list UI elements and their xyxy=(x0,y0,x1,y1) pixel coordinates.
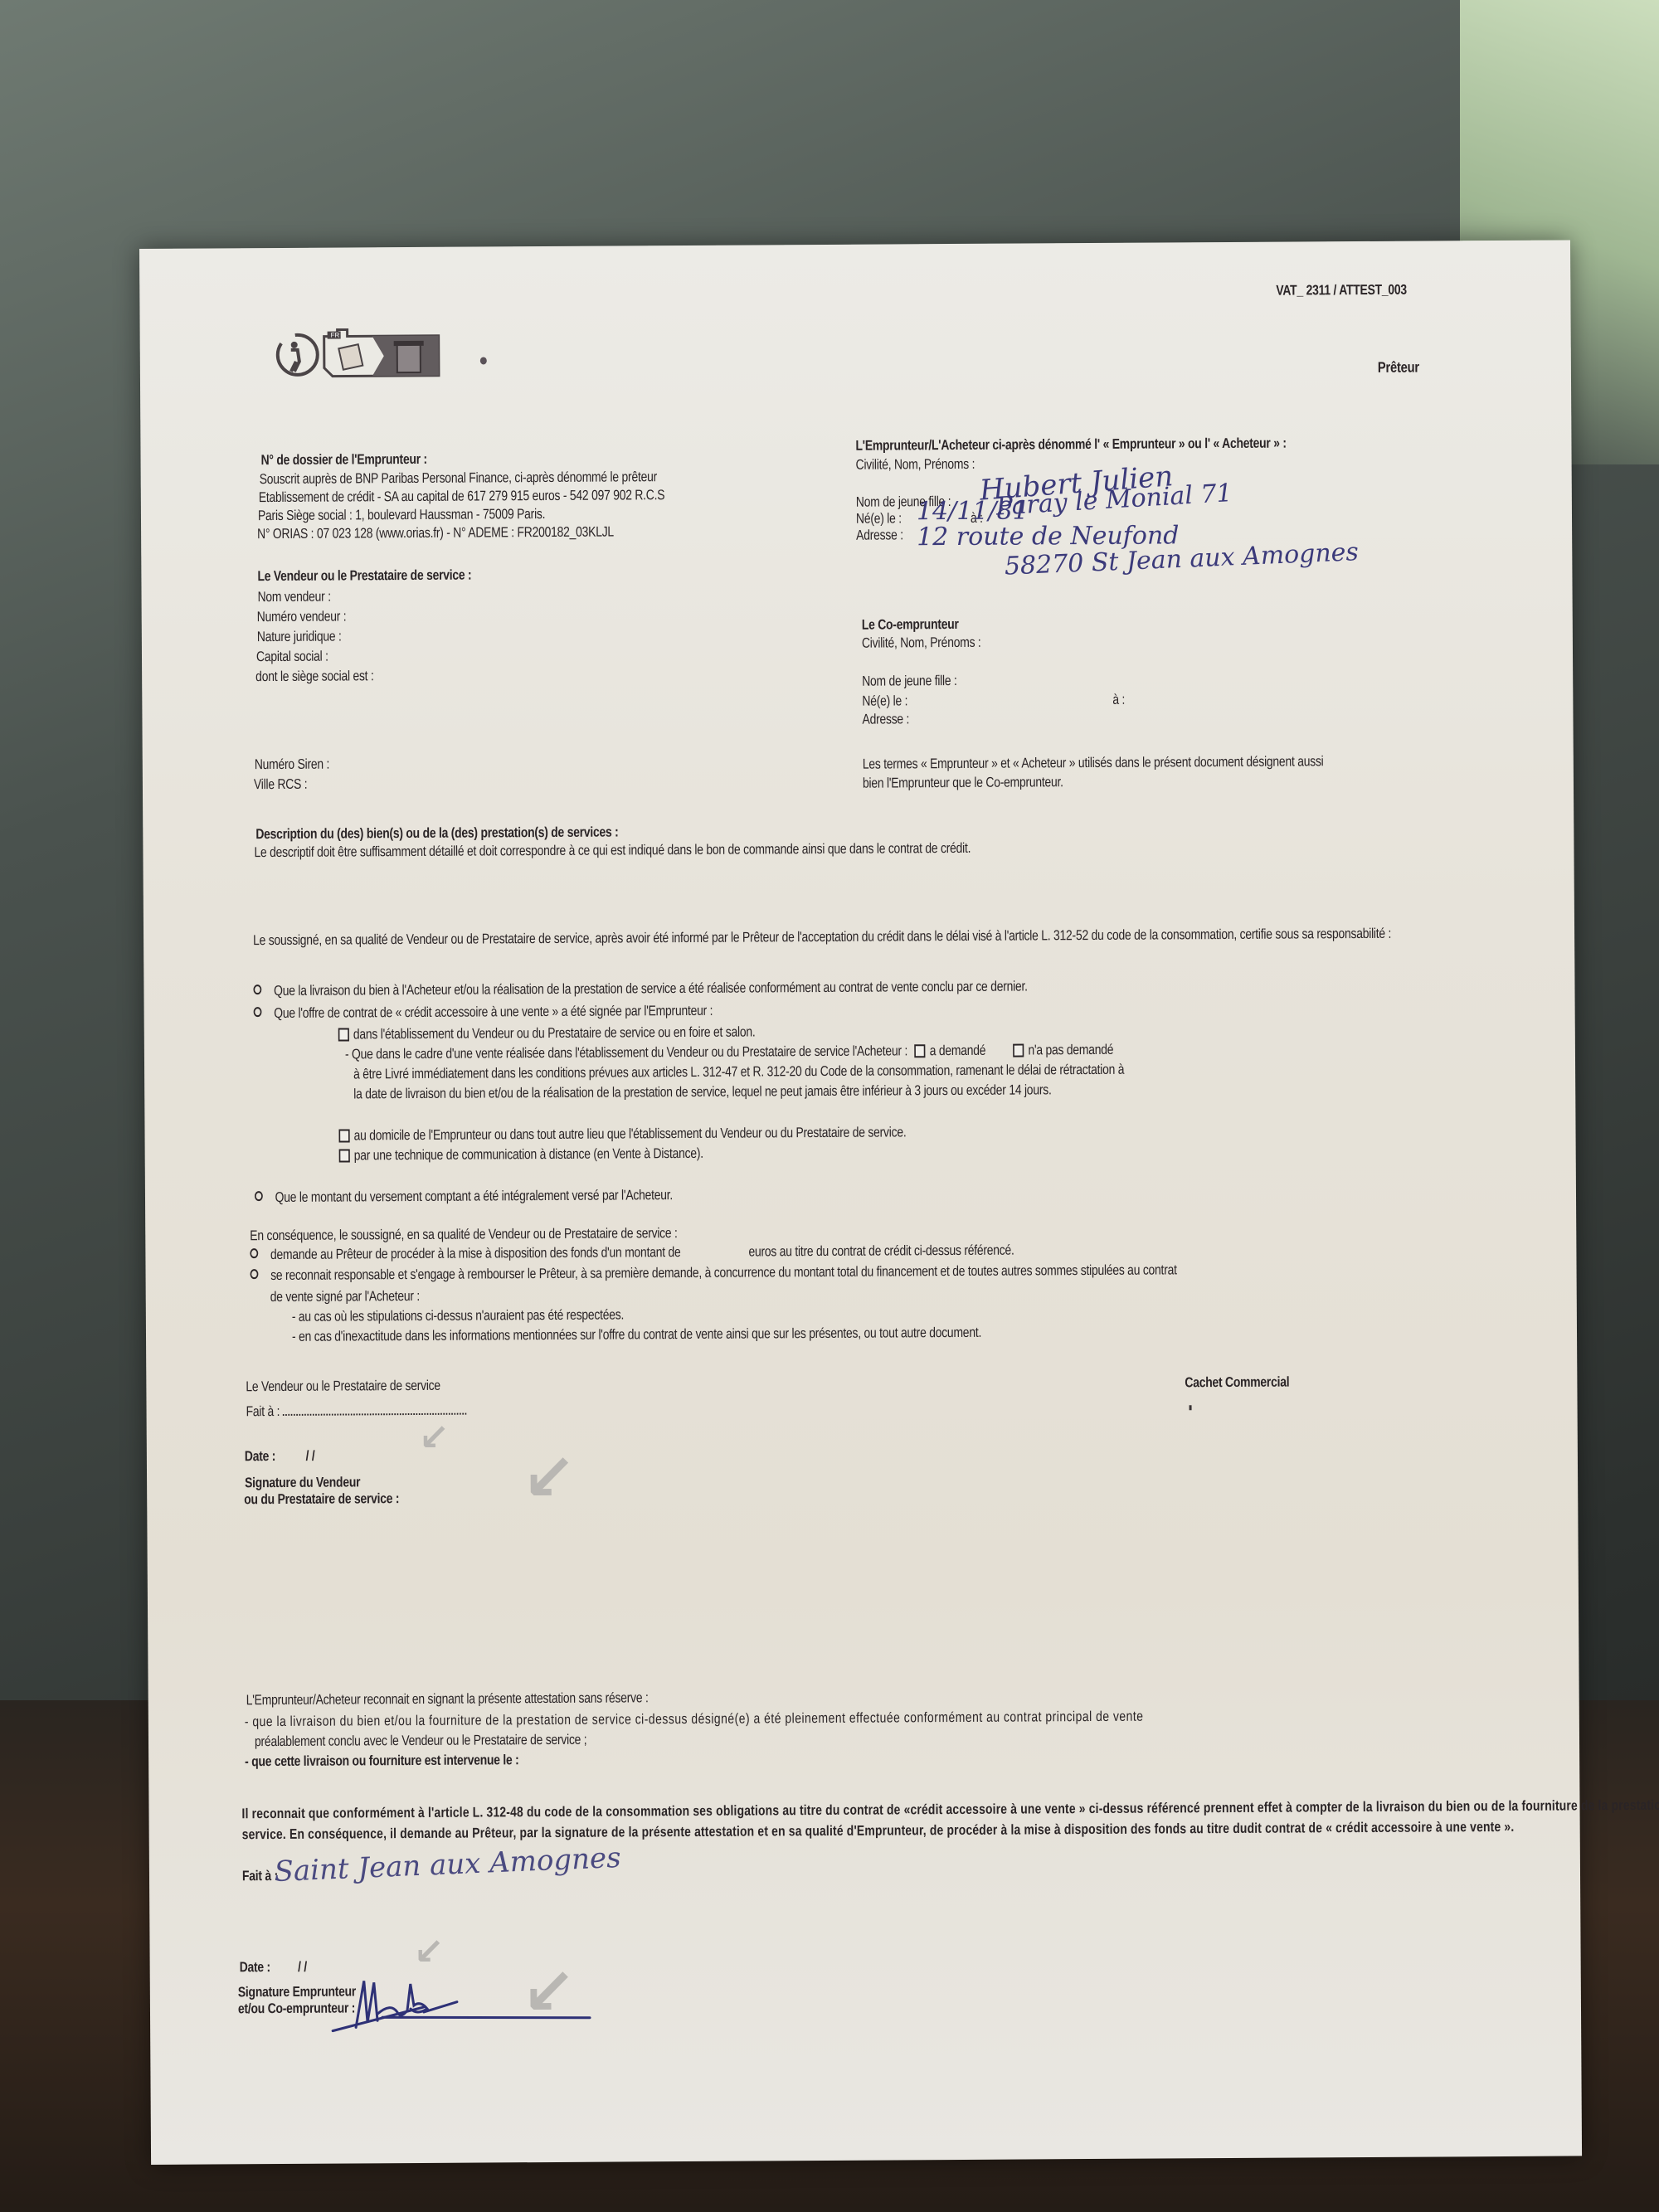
checkbox-establishment[interactable] xyxy=(338,1028,349,1041)
option-asked-label: a demandé xyxy=(930,1043,986,1058)
svg-text:FR: FR xyxy=(331,332,340,339)
responsibility-text-cont: de vente signé par l'Acheteur : xyxy=(270,1287,420,1307)
lender-line: N° ORIAS : 07 023 128 (www.orias.fr) - N… xyxy=(257,523,614,545)
option-not-asked-label: n'a pas demandé xyxy=(1028,1042,1113,1058)
borrower-ack-intro: L'Emprunteur/Acheteur reconnait en signa… xyxy=(246,1689,649,1710)
bullet-icon xyxy=(254,1007,262,1017)
option-home-label: au domicile de l'Emprunteur ou dans tout… xyxy=(354,1124,907,1143)
borrower-date-field[interactable]: / / xyxy=(294,1959,307,1975)
terms-note: Les termes « Emprunteur » et « Acheteur … xyxy=(863,752,1339,793)
certification-payment: Que le montant du versement comptant a é… xyxy=(275,1187,673,1205)
borrower-ack-line1: - que la livraison du bien et/ou la four… xyxy=(245,1708,1144,1733)
ink-mark xyxy=(1190,1405,1192,1410)
sub-clause-line3: la date de livraison du bien et/ou de la… xyxy=(353,1081,1051,1104)
attestation-page: FR VAT_ 2311 / ATTEST_003 Prêteur N° de … xyxy=(139,240,1582,2164)
legal-nature-field: Nature juridique : xyxy=(257,628,342,648)
checkbox-home[interactable] xyxy=(338,1129,349,1142)
borrower-signature xyxy=(324,1971,598,2039)
dossier-number-label: N° de dossier de l'Emprunteur : xyxy=(260,450,426,470)
coborrower-birth-date-label: Né(e) le : xyxy=(862,692,907,711)
arrow-down-left-icon: ↙ xyxy=(522,1441,577,1515)
checkbox-asked[interactable] xyxy=(915,1044,926,1057)
head-office-field: dont le siège social est : xyxy=(255,667,374,687)
arrow-down-left-icon: ↙ xyxy=(413,1931,444,1973)
option-establishment-label: dans l'établissement du Vendeur ou du Pr… xyxy=(353,1023,756,1042)
certification-offer-signed: Que l'offre de contrat de « crédit acces… xyxy=(274,1003,713,1021)
coborrower-maiden-name-label: Nom de jeune fille : xyxy=(862,672,957,692)
option-distance-label: par une technique de communication à dis… xyxy=(354,1145,703,1164)
sub-clause-prefix: - Que dans le cadre d'une vente réalisée… xyxy=(345,1043,907,1062)
ink-dot xyxy=(480,357,487,364)
lender-line: Paris Siège social : 1, boulevard Haussm… xyxy=(258,505,545,526)
bullet-icon xyxy=(255,1191,263,1201)
recycle-person-icon xyxy=(278,335,318,375)
arrow-down-left-icon: ↙ xyxy=(419,1417,450,1459)
amount-field[interactable] xyxy=(680,1257,748,1257)
share-capital-field: Capital social : xyxy=(256,648,328,667)
borrower-date-label: Date : xyxy=(240,1959,270,1975)
lender-line: Etablissement de crédit - SA au capital … xyxy=(259,486,665,508)
certification-intro: Le soussigné, en sa qualité de Vendeur o… xyxy=(253,921,1464,953)
responsibility-text: se reconnait responsable et s'engage à r… xyxy=(270,1262,1177,1283)
coborrower-birth-place-label: à : xyxy=(1112,691,1125,710)
borrower-ack-line1-cont: préalablement conclu avec le Vendeur ou … xyxy=(255,1731,587,1752)
coborrower-address-label: Adresse : xyxy=(862,710,909,729)
rcs-city-field: Ville RCS : xyxy=(254,775,308,795)
bullet-icon xyxy=(253,984,261,994)
bullet-icon xyxy=(251,1269,259,1279)
borrower-ack-paragraph: Il reconnait que conformément à l'articl… xyxy=(241,1795,1659,1845)
seller-signature-label-2: ou du Prestataire de service : xyxy=(244,1490,399,1510)
coborrower-civility-label: Civilité, Nom, Prénoms : xyxy=(862,634,981,654)
bullet-icon xyxy=(250,1248,258,1258)
funds-request-text-end: euros au titre du contrat de crédit ci-d… xyxy=(748,1242,1014,1260)
checkbox-not-asked[interactable] xyxy=(1013,1044,1024,1057)
lender-label: Prêteur xyxy=(1378,357,1419,378)
seller-place-label: Fait à : xyxy=(246,1403,280,1419)
borrower-civility-label: Civilité, Nom, Prénoms : xyxy=(856,455,975,475)
borrower-address-label: Adresse : xyxy=(856,526,903,545)
triman-recycling-logo: FR xyxy=(273,324,447,378)
seller-name-field: Nom vendeur : xyxy=(258,588,331,607)
seller-place-field[interactable] xyxy=(283,1413,466,1416)
certification-delivery: Que la livraison du bien à l'Acheteur et… xyxy=(274,978,1028,999)
document-reference: VAT_ 2311 / ATTEST_003 xyxy=(1276,281,1407,301)
seller-section-title: Le Vendeur ou le Prestataire de service … xyxy=(257,566,471,587)
description-text: Le descriptif doit être suffisamment dét… xyxy=(254,839,971,863)
checkbox-distance[interactable] xyxy=(339,1149,350,1162)
consequence-intro: En conséquence, le soussigné, en sa qual… xyxy=(250,1224,678,1246)
seller-date-field[interactable]: / / xyxy=(303,1448,315,1464)
responsibility-case1: - au cas où les stipulations ci-dessus n… xyxy=(292,1305,624,1326)
seller-number-field: Numéro vendeur : xyxy=(257,607,347,627)
handwritten-borrower-place: Saint Jean aux Amognes xyxy=(274,1841,621,1889)
funds-request-text: demande au Prêteur de procéder à la mise… xyxy=(270,1244,681,1262)
borrower-place-label: Fait à : xyxy=(242,1867,278,1886)
responsibility-case2: - en cas d'inexactitude dans les informa… xyxy=(292,1324,981,1347)
delivery-date-label: - que cette livraison ou fourniture est … xyxy=(245,1751,519,1772)
seller-signature-title: Le Vendeur ou le Prestataire de service xyxy=(246,1377,440,1397)
seller-date-label: Date : xyxy=(245,1448,275,1464)
recycling-bin-icon xyxy=(394,341,424,372)
coborrower-section-title: Le Co-emprunteur xyxy=(862,615,959,635)
siren-field: Numéro Siren : xyxy=(255,756,329,775)
stamp-label: Cachet Commercial xyxy=(1185,1373,1289,1393)
borrower-section-title: L'Emprunteur/L'Acheteur ci-après dénommé… xyxy=(855,435,1286,456)
